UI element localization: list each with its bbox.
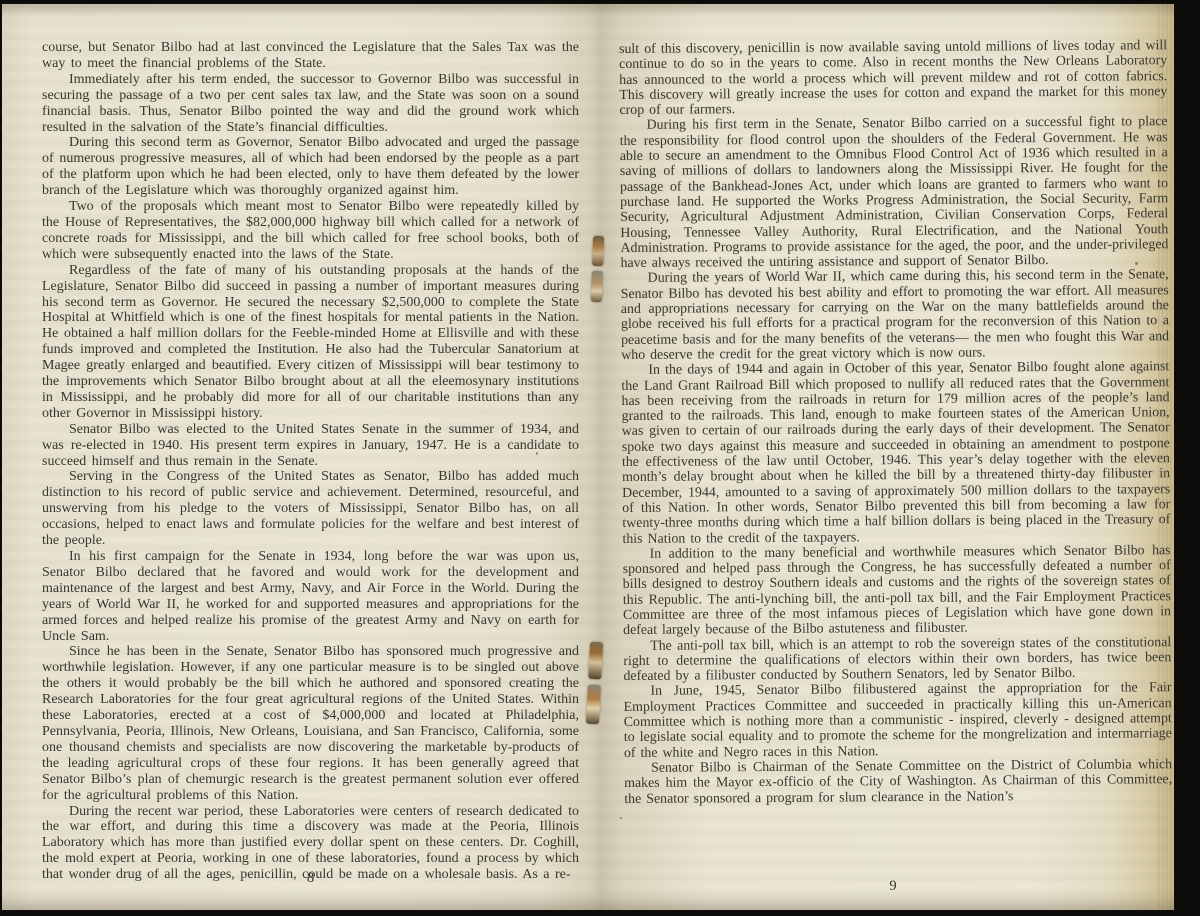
paragraph: Senator Bilbo is Chairman of the Senate … — [624, 757, 1172, 807]
paragraph: In June, 1945, Senator Bilbo filibustere… — [623, 681, 1172, 761]
paragraph: Serving in the Congress of the United St… — [42, 469, 579, 549]
paragraph: During this second term as Governor, Sen… — [42, 135, 579, 199]
paragraph: The anti-poll tax bill, which is an atte… — [623, 635, 1171, 685]
right-page: sult of this discovery, penicillin is no… — [619, 38, 1172, 807]
paragraph: Two of the proposals which meant most to… — [42, 199, 579, 263]
paragraph: In the days of 1944 and again in October… — [621, 359, 1170, 546]
paragraph: sult of this discovery, penicillin is no… — [619, 38, 1168, 118]
paragraph: course, but Senator Bilbo had at last co… — [42, 40, 579, 72]
paragraph: During the years of World War II, which … — [621, 268, 1170, 364]
page-number: 8 — [42, 870, 579, 887]
page-number: 9 — [619, 878, 1167, 895]
left-page: course, but Senator Bilbo had at last co… — [42, 40, 579, 883]
paragraph: During his first term in the Senate, Sen… — [620, 115, 1169, 272]
paragraph: Immediately after his term ended, the su… — [42, 72, 579, 136]
paragraph: Since he has been in the Senate, Senator… — [42, 644, 579, 803]
paragraph: Regardless of the fate of many of his ou… — [42, 263, 579, 422]
scanned-book-spread: course, but Senator Bilbo had at last co… — [0, 0, 1200, 916]
paragraph: Senator Bilbo was elected to the United … — [42, 422, 579, 470]
paragraph: In his first campaign for the Senate in … — [42, 549, 579, 644]
paragraph: In addition to the many beneficial and w… — [623, 543, 1172, 639]
